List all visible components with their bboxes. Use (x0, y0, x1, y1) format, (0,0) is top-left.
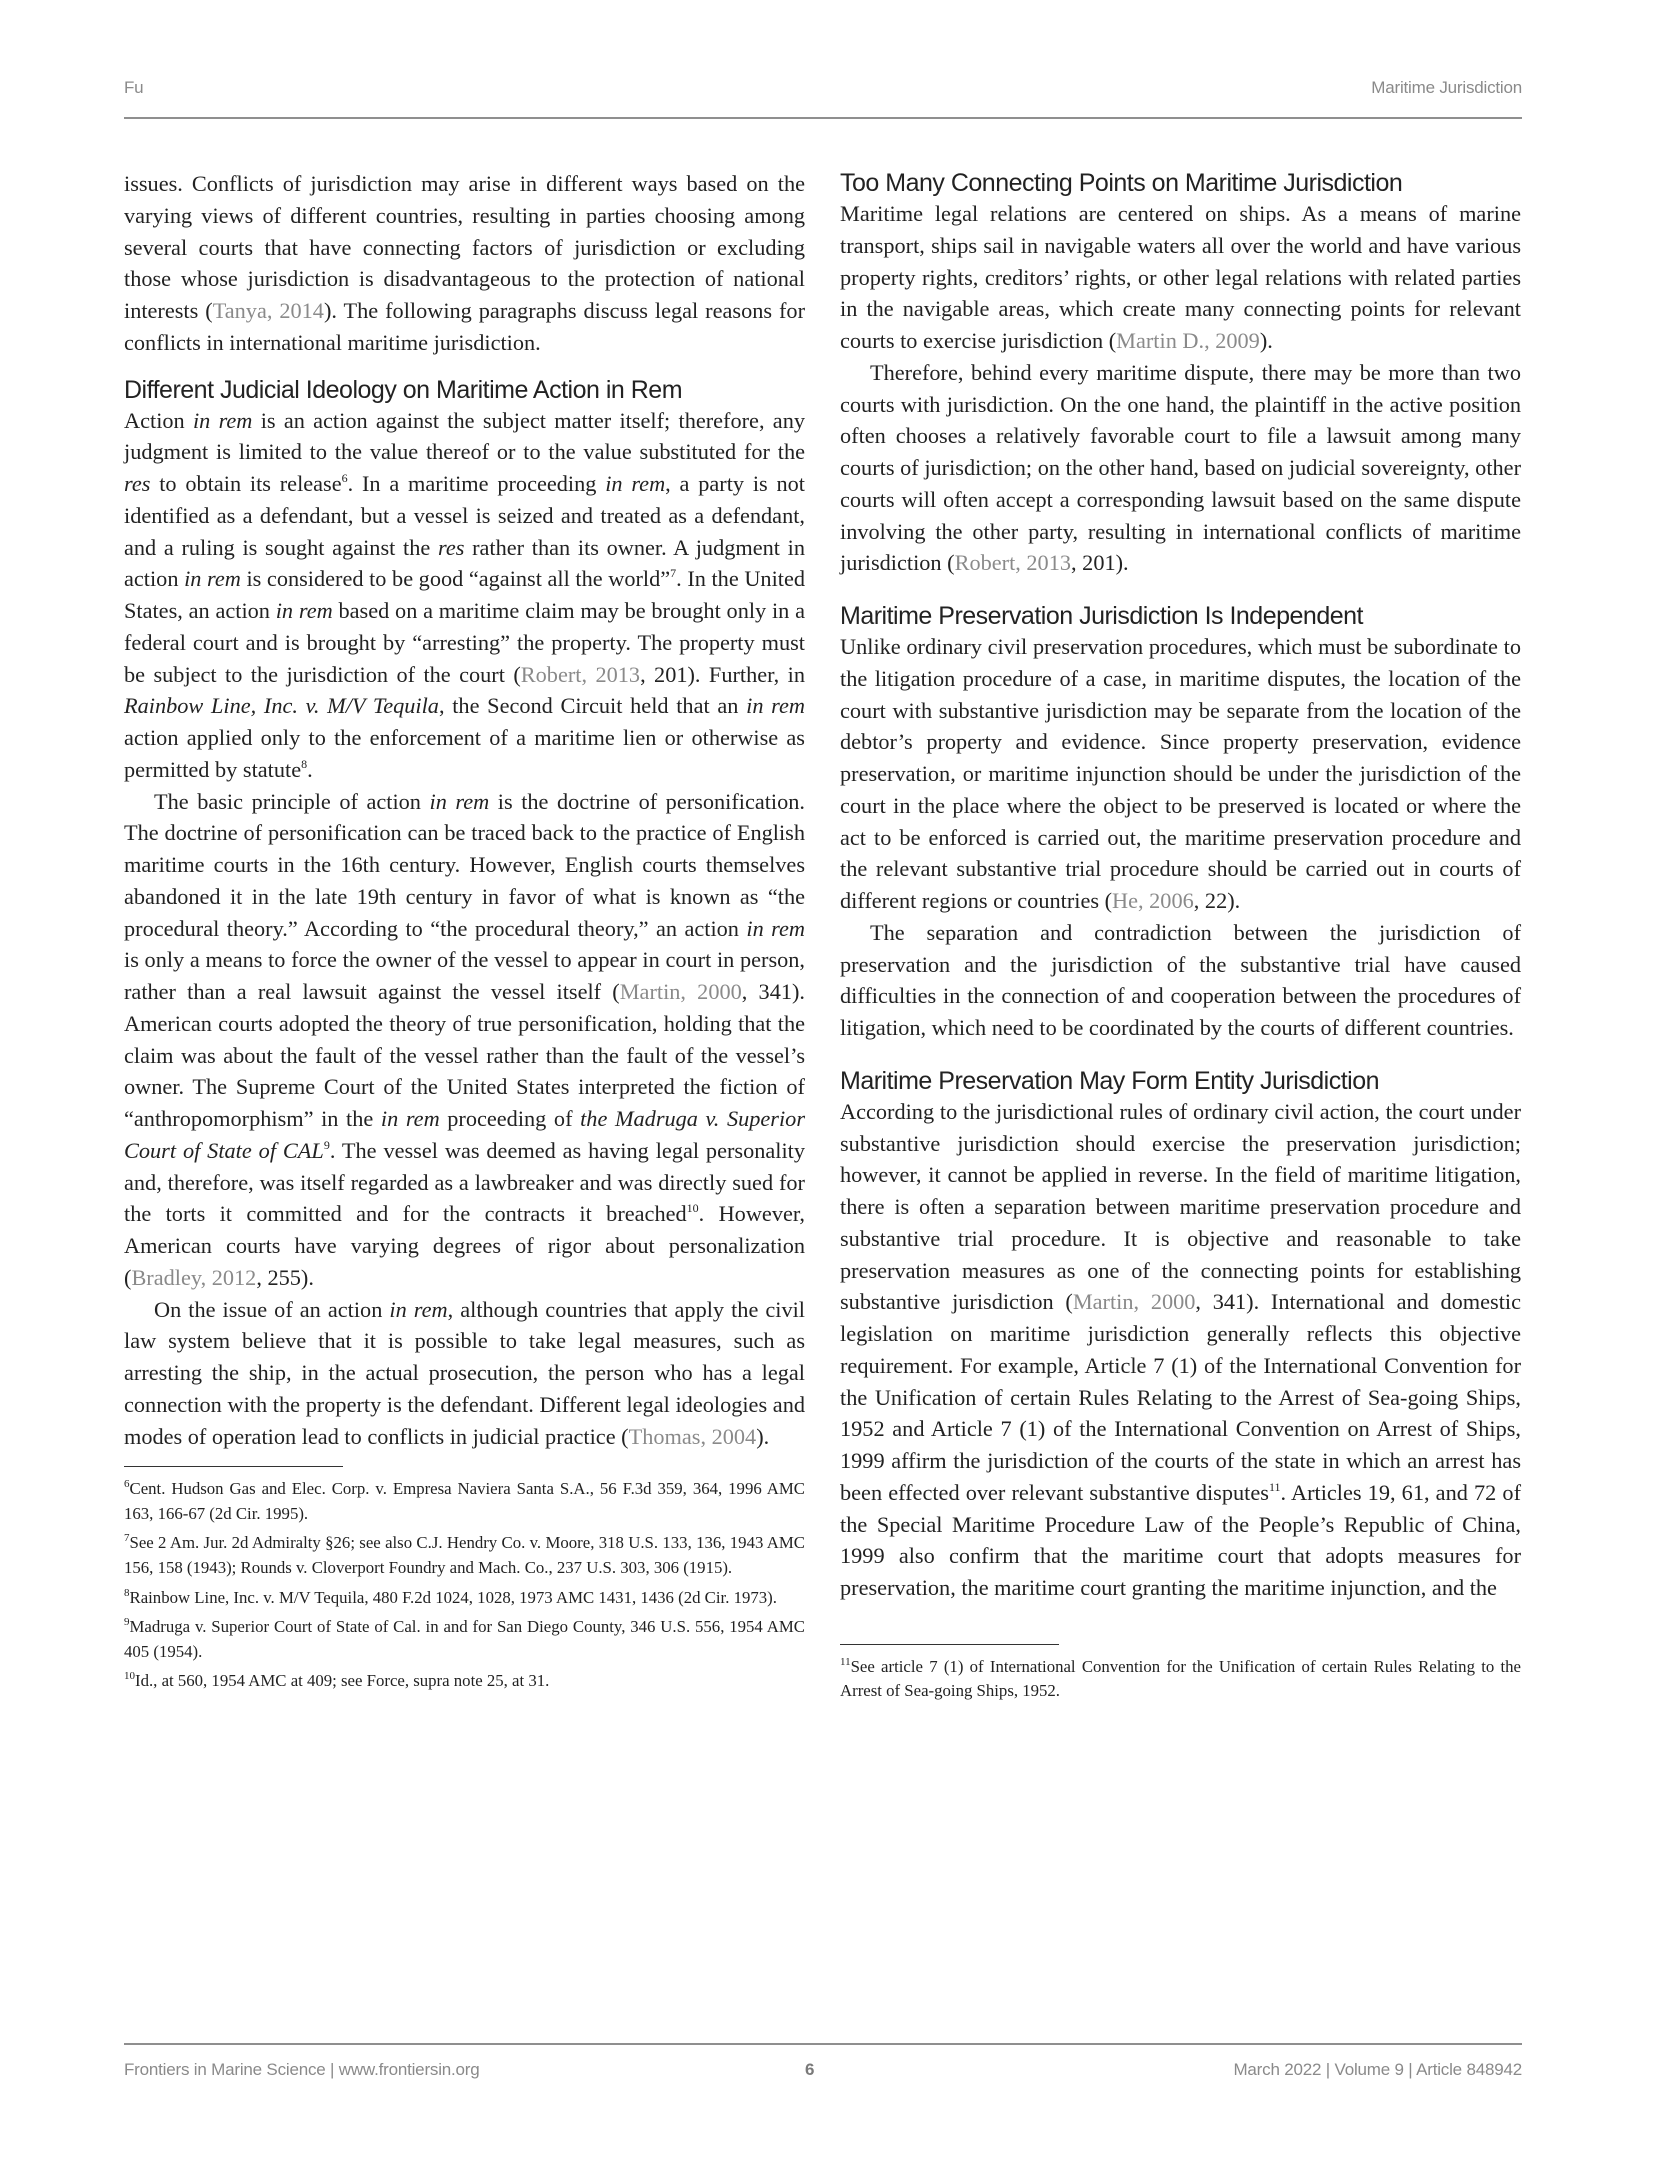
footnote-ref[interactable]: 11 (1269, 1480, 1281, 1494)
footer-rule (124, 2043, 1522, 2045)
section-heading-connecting-points: Too Many Connecting Points on Maritime J… (840, 168, 1521, 198)
citation-link[interactable]: Bradley, 2012 (131, 1265, 256, 1290)
footer-issue-info: March 2022 | Volume 9 | Article 848942 (1233, 2060, 1522, 2080)
citation-link[interactable]: Robert, 2013 (955, 550, 1071, 575)
paragraph: Therefore, behind every maritime dispute… (840, 357, 1521, 579)
citation-link[interactable]: Thomas, 2004 (629, 1424, 757, 1449)
left-column: issues. Conflicts of jurisdiction may ar… (124, 168, 805, 1699)
citation-link[interactable]: Robert, 2013 (521, 662, 640, 687)
section-heading-action-in-rem: Different Judicial Ideology on Maritime … (124, 375, 805, 405)
citation-link[interactable]: Martin D., 2009 (1116, 328, 1260, 353)
footnote: 7See 2 Am. Jur. 2d Admiralty §26; see al… (124, 1531, 805, 1580)
citation-link[interactable]: Martin, 2000 (620, 979, 742, 1004)
header-rule (124, 117, 1522, 119)
paragraph: According to the jurisdictional rules of… (840, 1096, 1521, 1604)
section-heading-entity-jurisdiction: Maritime Preservation May Form Entity Ju… (840, 1066, 1521, 1096)
paragraph: Unlike ordinary civil preservation proce… (840, 631, 1521, 917)
journal-page: Fu Maritime Jurisdiction issues. Conflic… (0, 0, 1653, 2164)
paragraph: On the issue of an action in rem, althou… (124, 1294, 805, 1453)
footnote: 6Cent. Hudson Gas and Elec. Corp. v. Emp… (124, 1477, 805, 1526)
footnote: 11See article 7 (1) of International Con… (840, 1655, 1521, 1704)
page-number: 6 (805, 2060, 814, 2080)
intro-paragraph: issues. Conflicts of jurisdiction may ar… (124, 168, 805, 359)
paragraph: Maritime legal relations are centered on… (840, 198, 1521, 357)
footnote: 10Id., at 560, 1954 AMC at 409; see Forc… (124, 1669, 805, 1694)
citation-link[interactable]: Martin, 2000 (1073, 1289, 1196, 1314)
paragraph: The separation and contradiction between… (840, 917, 1521, 1044)
footer-journal[interactable]: Frontiers in Marine Science | www.fronti… (124, 2060, 480, 2080)
citation-link[interactable]: He, 2006 (1112, 888, 1194, 913)
running-head-author: Fu (124, 78, 143, 98)
paragraph: The basic principle of action in rem is … (124, 786, 805, 1294)
footnote-ref[interactable]: 10 (687, 1201, 699, 1215)
paragraph: Action in rem is an action against the s… (124, 405, 805, 786)
footnote: 8Rainbow Line, Inc. v. M/V Tequila, 480 … (124, 1586, 805, 1611)
footnote: 9Madruga v. Superior Court of State of C… (124, 1615, 805, 1664)
citation-link[interactable]: Tanya, 2014 (213, 298, 324, 323)
right-column: Too Many Connecting Points on Maritime J… (840, 168, 1521, 1709)
section-heading-preservation-independent: Maritime Preservation Jurisdiction Is In… (840, 601, 1521, 631)
running-head-title: Maritime Jurisdiction (1371, 78, 1522, 98)
footnote-divider (124, 1466, 343, 1467)
footnote-divider (840, 1644, 1059, 1645)
